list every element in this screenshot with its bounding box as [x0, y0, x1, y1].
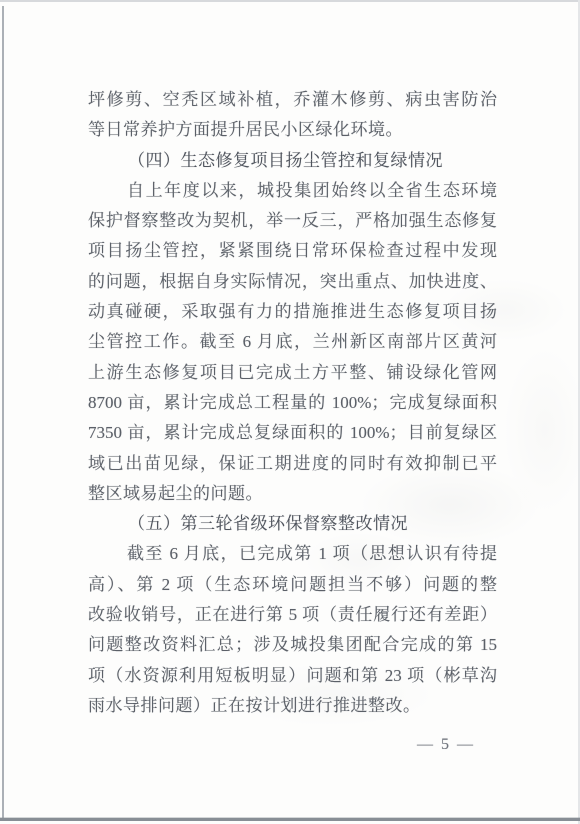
scan-edge-top — [0, 0, 580, 2]
body-line: 7350 亩，累计完成总复绿面积的 100%；目前复绿区 — [88, 418, 497, 448]
scan-edge-bottom — [0, 818, 580, 821]
paragraph-first-line: 自上年度以来，城投集团始终以全省生态环境 — [88, 176, 497, 206]
scan-edge-left — [2, 6, 4, 819]
body-line: 坪修剪、空秃区域补植，乔灌木修剪、病虫害防治 — [88, 85, 497, 115]
section-heading-four: （四）生态修复项目扬尘管控和复绿情况 — [88, 146, 497, 176]
body-line: 动真碰硬，采取强有力的措施推进生态修复项目扬 — [88, 297, 497, 327]
body-line: 改验收销号，正在进行第 5 项（责任履行还有差距） — [88, 600, 497, 630]
body-line: 8700 亩，累计完成总工程量的 100%；完成复绿面积 — [88, 388, 497, 418]
body-line: 项目扬尘管控，紧紧围绕日常环保检查过程中发现 — [88, 236, 497, 266]
paragraph-first-line: 截至 6 月底，已完成第 1 项（思想认识有待提 — [88, 539, 497, 569]
body-line: 项（水资源利用短板明显）问题和第 23 项（彬草沟 — [88, 661, 497, 691]
body-line: 等日常养护方面提升居民小区绿化环境。 — [88, 115, 497, 145]
page-number: — 5 — — [88, 732, 497, 758]
scanned-document-page: 坪修剪、空秃区域补植，乔灌木修剪、病虫害防治 等日常养护方面提升居民小区绿化环境… — [0, 0, 580, 824]
document-text-block: 坪修剪、空秃区域补植，乔灌木修剪、病虫害防治 等日常养护方面提升居民小区绿化环境… — [88, 85, 497, 721]
body-line: 保护督察整改为契机，举一反三，严格加强生态修复 — [88, 206, 497, 236]
body-line: 域已出苗见绿，保证工期进度的同时有效抑制已平 — [88, 449, 497, 479]
paragraph-last-line: 雨水导排问题）正在按计划进行推进整改。 — [88, 691, 497, 721]
body-line: 问题整改资料汇总；涉及城投集团配合完成的第 15 — [88, 630, 497, 660]
body-line: 尘管控工作。截至 6 月底，兰州新区南部片区黄河 — [88, 327, 497, 357]
body-line: 高）、第 2 项（生态环境问题担当不够）问题的整 — [88, 570, 497, 600]
section-heading-five: （五）第三轮省级环保督察整改情况 — [88, 509, 497, 539]
body-line: 上游生态修复项目已完成土方平整、铺设绿化管网 — [88, 358, 497, 388]
paragraph-last-line: 整区域易起尘的问题。 — [88, 479, 497, 509]
body-line: 的问题，根据自身实际情况，突出重点、加快进度、 — [88, 267, 497, 297]
